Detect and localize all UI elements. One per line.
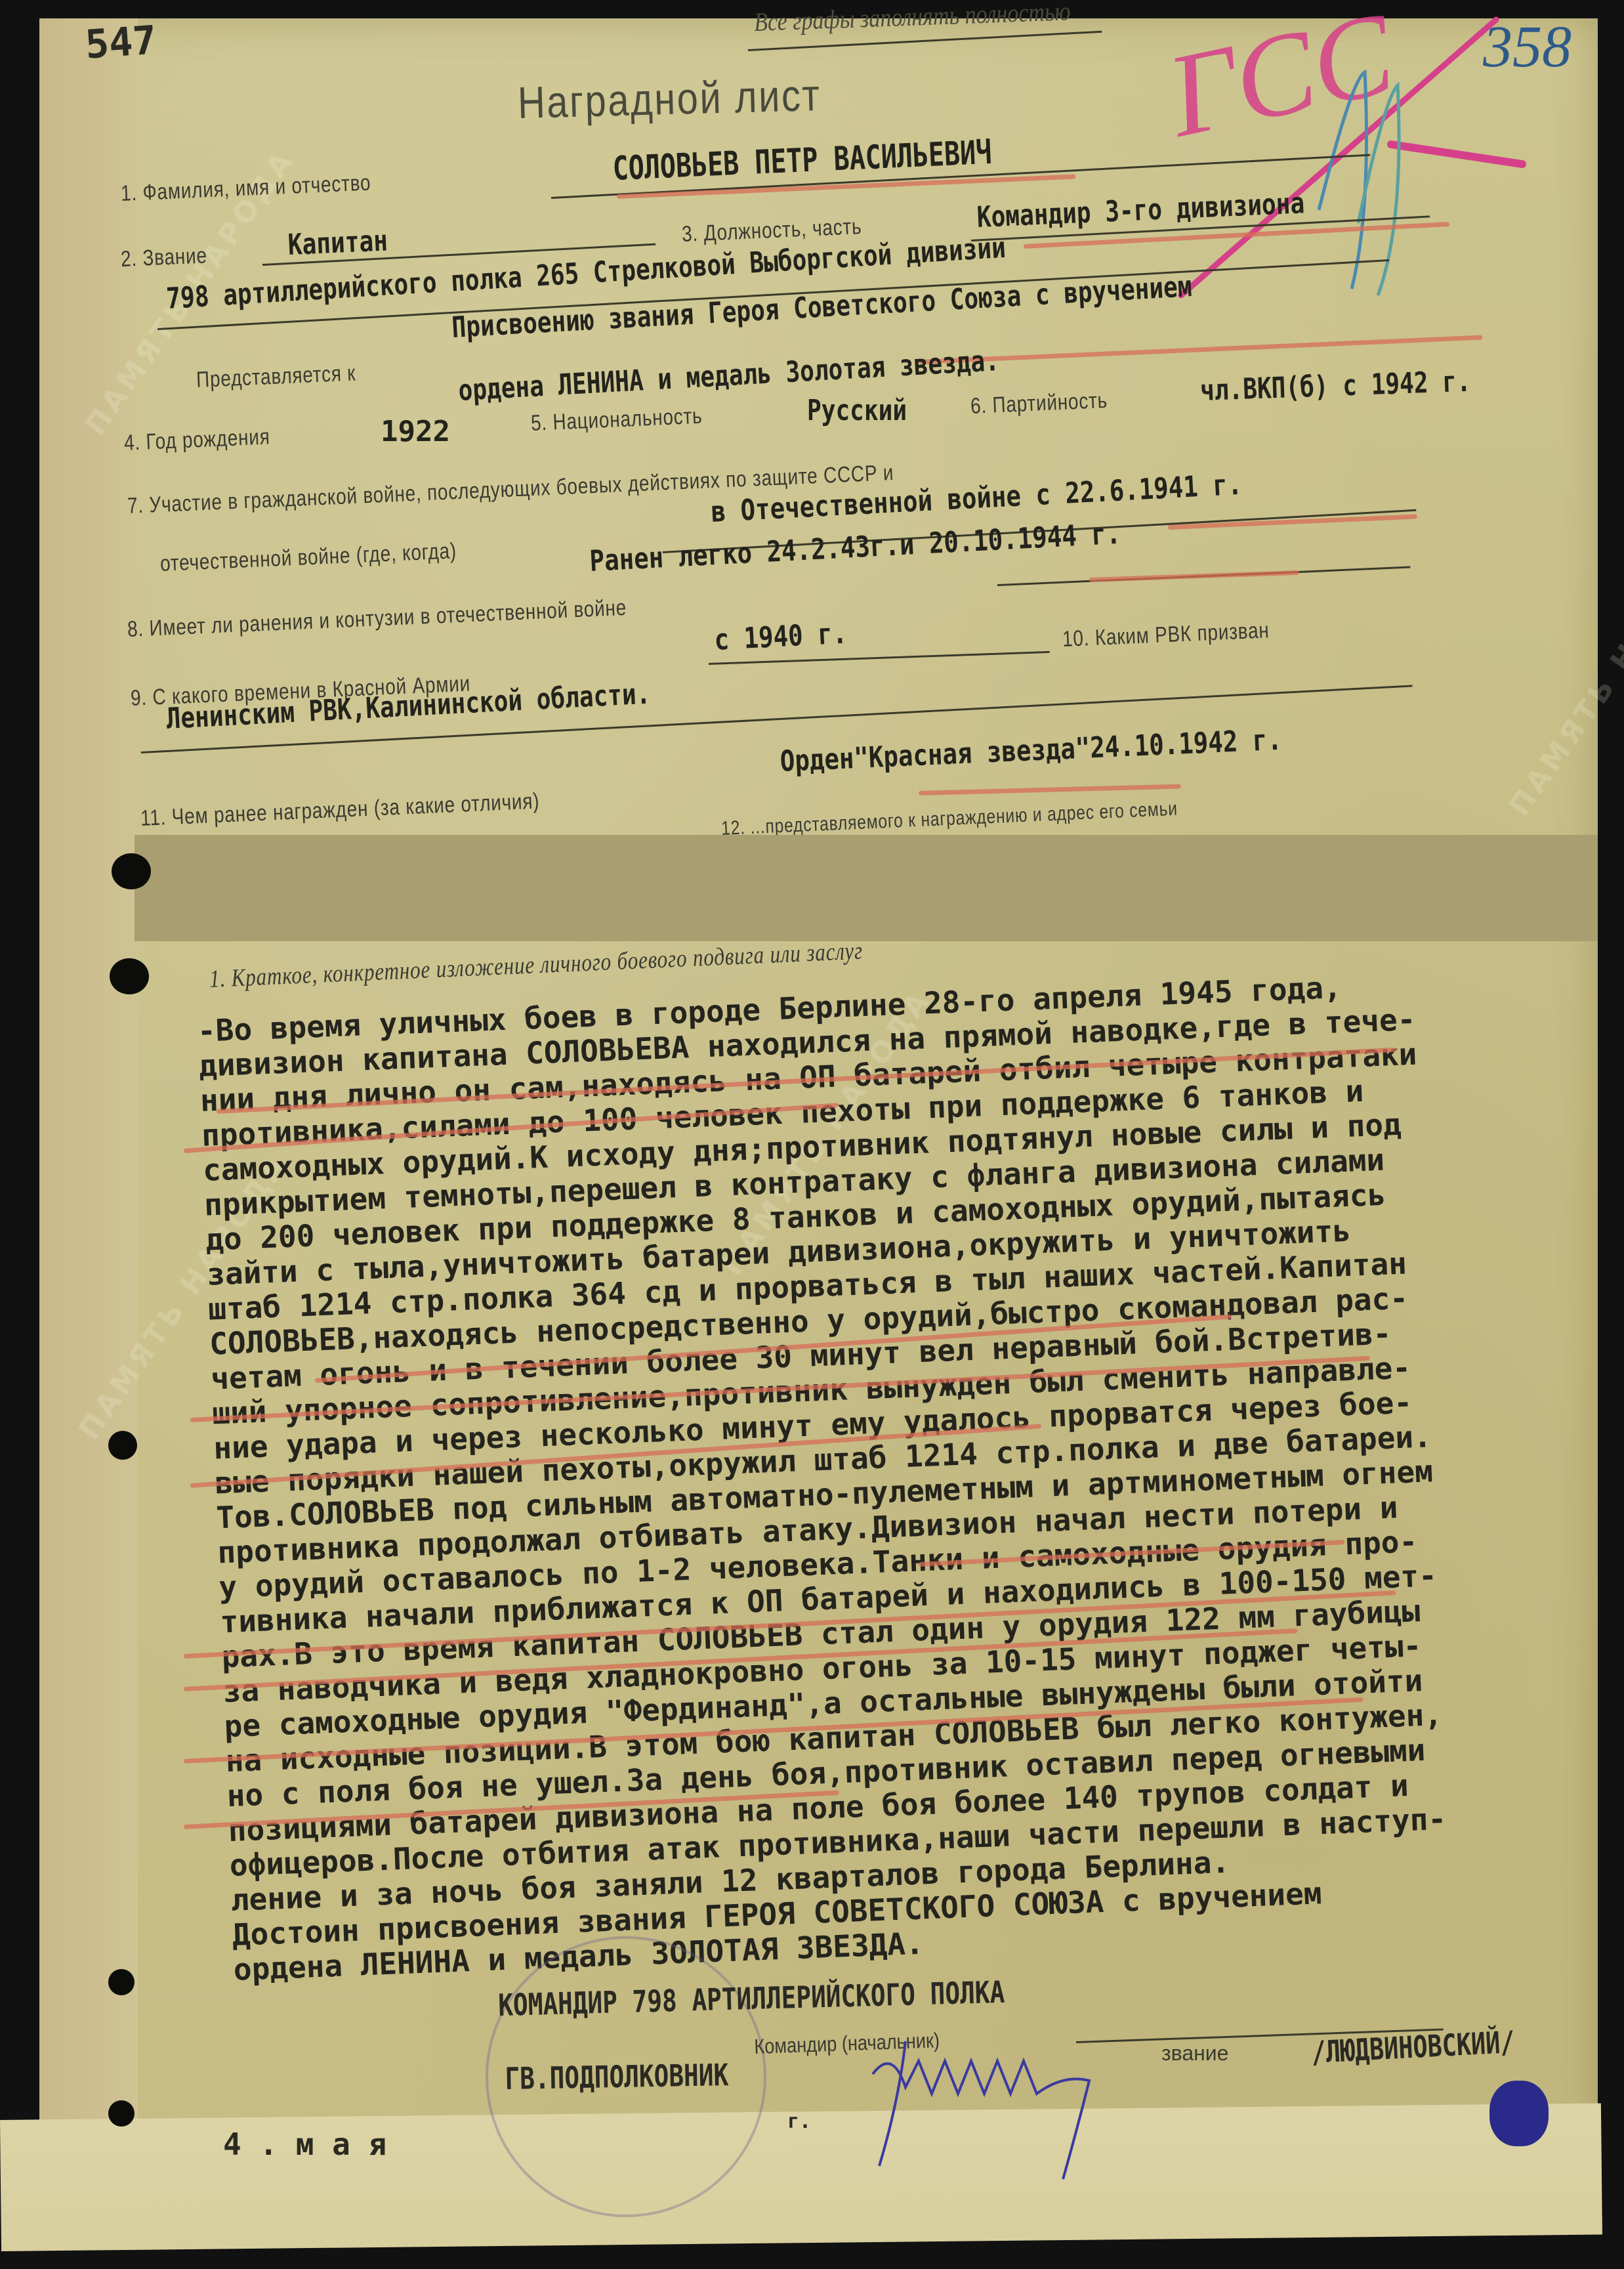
pencil-strike-marks xyxy=(1155,13,1549,302)
hole-punch xyxy=(108,1969,135,1995)
signatory-rank-label: звание xyxy=(1161,2041,1228,2066)
narrative-body: -Во время уличных боев в городе Берлине … xyxy=(197,960,1624,1987)
left-margin-strip xyxy=(39,18,138,2158)
field-5-value: Русский xyxy=(807,394,907,427)
redacted-block xyxy=(135,835,1598,941)
margin-number: 547 xyxy=(84,17,158,68)
field-4-value: 1922 xyxy=(381,415,450,448)
signatory-rank: ГВ.ПОДПОЛКОВНИК xyxy=(505,2057,729,2096)
year-fragment: г. xyxy=(787,2110,811,2133)
field-2-value: Капитан xyxy=(287,224,388,262)
handwritten-signature xyxy=(853,2035,1168,2192)
hole-punch xyxy=(112,853,151,889)
field-2-label: 2. Звание xyxy=(120,243,207,272)
ink-blot xyxy=(1489,2081,1549,2146)
page-title: Наградной лист xyxy=(517,70,822,129)
date-fragment: 4 . м а я xyxy=(223,2127,386,2162)
hole-punch xyxy=(108,1431,137,1460)
hole-punch xyxy=(108,2100,135,2127)
hole-punch xyxy=(110,958,149,994)
field-9-value: с 1940 г. xyxy=(713,616,848,657)
